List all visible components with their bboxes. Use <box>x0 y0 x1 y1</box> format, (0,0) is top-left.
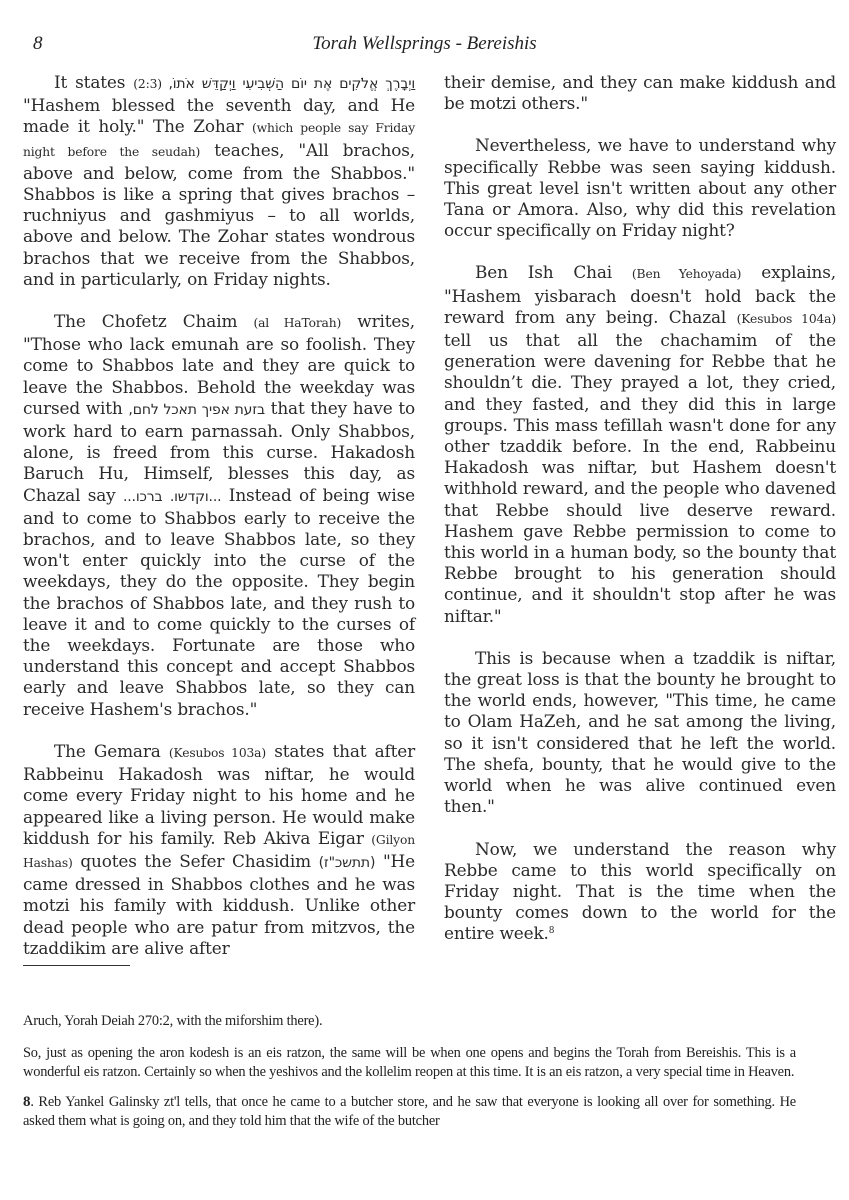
hebrew-quote: ברכו... <box>123 489 163 505</box>
hebrew-quote: ...וקדשו. <box>170 489 222 505</box>
footnote-divider <box>23 965 130 966</box>
footnotes: Aruch, Yorah Deiah 270:2, with the mifor… <box>23 1012 796 1142</box>
citation: (al HaTorah) <box>253 316 341 330</box>
paragraph: Ben Ish Chai (Ben Yehoyada) explains, "H… <box>444 262 836 626</box>
left-column: It states (2:3) וַיְבָרֶךְ אֱלֹקִים אֶת … <box>23 72 415 980</box>
hebrew-quote: וַיְבָרֶךְ אֱלֹקִים אֶת יוֹם הַשְּׁבִיעִ… <box>168 76 415 92</box>
page-header: 8 Torah Wellsprings - Bereishis <box>0 30 849 60</box>
paragraph: The Gemara (Kesubos 103a) states that af… <box>23 741 415 959</box>
paragraph: It states (2:3) וַיְבָרֶךְ אֱלֹקִים אֶת … <box>23 72 415 290</box>
hebrew-quote: בזעת אפיך תאכל לחם, <box>128 402 265 418</box>
paragraph: Nevertheless, we have to understand why … <box>444 135 836 241</box>
citation: (Ben Yehoyada) <box>632 267 741 281</box>
paragraph: Now, we understand the reason why Rebbe … <box>444 839 836 945</box>
paragraph: This is because when a tzaddik is niftar… <box>444 648 836 818</box>
citation: (2:3) <box>133 77 168 91</box>
footnote-continued: Aruch, Yorah Deiah 270:2, with the mifor… <box>23 1012 796 1030</box>
right-column: their demise, and they can make kiddush … <box>444 72 836 966</box>
citation: (Kesubos 103a) <box>169 746 266 760</box>
citation: (תתשכ"ז) <box>319 855 376 871</box>
citation: (Kesubos 104a) <box>737 312 836 326</box>
footnote-8: 8. Reb Yankel Galinsky zt'l tells, that … <box>23 1093 796 1130</box>
paragraph: their demise, and they can make kiddush … <box>444 72 836 114</box>
paragraph: The Chofetz Chaim (al HaTorah) writes, "… <box>23 311 415 720</box>
running-title: Torah Wellsprings - Bereishis <box>0 33 849 55</box>
footnote-paragraph: So, just as opening the aron kodesh is a… <box>23 1044 796 1081</box>
footnote-reference[interactable]: 8 <box>549 926 555 936</box>
